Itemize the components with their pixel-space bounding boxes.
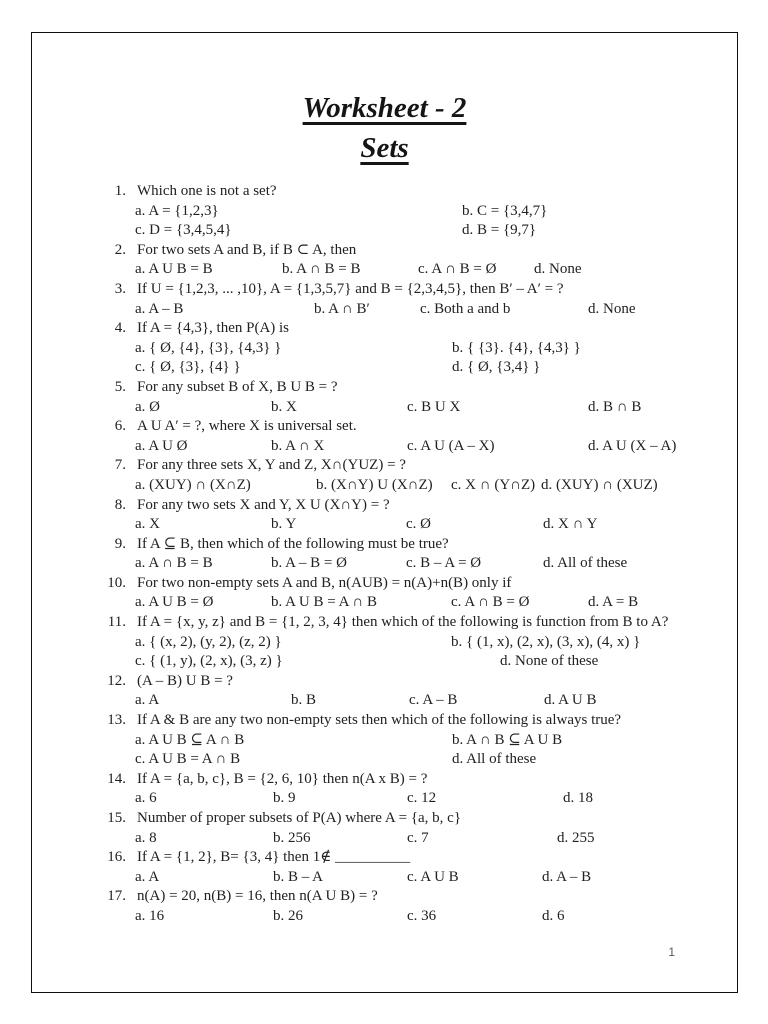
- worksheet-title: Worksheet - 2: [303, 92, 467, 124]
- options-row: a. { (x, 2), (y, 2), (z, 2) }b. { (1, x)…: [110, 633, 737, 653]
- option-c: c. 36: [407, 907, 436, 927]
- options-row: a. (XUY) ∩ (X∩Z)b. (X∩Y) U (X∩Z)c. X ∩ (…: [110, 476, 737, 496]
- question-number: 17.: [105, 887, 126, 907]
- option-a: a. A U Ø: [135, 437, 188, 457]
- option-d: d. A – B: [542, 868, 591, 888]
- question-text: If A = {a, b, c}, B = {2, 6, 10} then n(…: [137, 771, 427, 787]
- question-number: 3.: [105, 280, 126, 300]
- option-a: a. { Ø, {4}, {3}, {4,3} }: [135, 339, 281, 359]
- option-c: c. 7: [407, 829, 429, 849]
- option-b: b. B – A: [273, 868, 323, 888]
- question-16: 16.If A = {1, 2}, B= {3, 4} then 1∉ ____…: [110, 848, 737, 887]
- question-text: If U = {1,2,3, ... ,10}, A = {1,3,5,7} a…: [137, 281, 564, 297]
- question-6: 6.A U A′ = ?, where X is universal set.a…: [110, 417, 737, 456]
- option-c: c. A U B = A ∩ B: [135, 750, 240, 770]
- question-15: 15.Number of proper subsets of P(A) wher…: [110, 809, 737, 848]
- question-line: 3.If U = {1,2,3, ... ,10}, A = {1,3,5,7}…: [110, 280, 737, 300]
- question-number: 10.: [105, 574, 126, 594]
- question-number: 16.: [105, 848, 126, 868]
- option-d: d. All of these: [543, 554, 627, 574]
- question-text: If A & B are any two non-empty sets then…: [137, 712, 621, 728]
- question-text: For two sets A and B, if B ⊂ A, then: [137, 242, 356, 258]
- question-number: 13.: [105, 711, 126, 731]
- question-line: 5.For any subset B of X, B U B = ?: [110, 378, 737, 398]
- question-number: 11.: [105, 613, 126, 633]
- question-11: 11.If A = {x, y, z} and B = {1, 2, 3, 4}…: [110, 613, 737, 672]
- question-14: 14.If A = {a, b, c}, B = {2, 6, 10} then…: [110, 770, 737, 809]
- question-number: 6.: [105, 417, 126, 437]
- question-text: For any two sets X and Y, X U (X∩Y) = ?: [137, 497, 390, 513]
- title-line-2: Sets: [32, 128, 737, 168]
- option-a: a. (XUY) ∩ (X∩Z): [135, 476, 251, 496]
- options-row: a. 6b. 9c. 12d. 18: [110, 789, 737, 809]
- options-row: a. A U B = Øb. A U B = A ∩ Bc. A ∩ B = Ø…: [110, 593, 737, 613]
- question-text: (A – B) U B = ?: [137, 673, 233, 689]
- option-a: a. A U B ⊆ A ∩ B: [135, 731, 244, 751]
- options-row: c. D = {3,4,5,4}d. B = {9,7}: [110, 221, 737, 241]
- option-d: d. None: [588, 300, 636, 320]
- title-block: Worksheet - 2 Sets: [32, 88, 737, 168]
- option-b: b. C = {3,4,7}: [462, 202, 547, 222]
- options-row: a. A U Øb. A ∩ Xc. A U (A – X)d. A U (X …: [110, 437, 737, 457]
- option-c: c. A – B: [409, 691, 457, 711]
- question-text: If A = {x, y, z} and B = {1, 2, 3, 4} th…: [137, 614, 668, 630]
- question-text: For any subset B of X, B U B = ?: [137, 379, 338, 395]
- option-d: d. B ∩ B: [588, 398, 641, 418]
- option-a: a. 16: [135, 907, 164, 927]
- question-line: 16.If A = {1, 2}, B= {3, 4} then 1∉ ____…: [110, 848, 737, 868]
- question-10: 10.For two non-empty sets A and B, n(AUB…: [110, 574, 737, 613]
- question-5: 5.For any subset B of X, B U B = ?a. Øb.…: [110, 378, 737, 417]
- options-row: a. A U B ⊆ A ∩ Bb. A ∩ B ⊆ A U B: [110, 731, 737, 751]
- question-3: 3.If U = {1,2,3, ... ,10}, A = {1,3,5,7}…: [110, 280, 737, 319]
- question-1: 1.Which one is not a set?a. A = {1,2,3}b…: [110, 182, 737, 241]
- option-b: b. Y: [271, 515, 296, 535]
- question-13: 13.If A & B are any two non-empty sets t…: [110, 711, 737, 770]
- options-row: a. 16b. 26c. 36d. 6: [110, 907, 737, 927]
- option-a: a. 6: [135, 789, 157, 809]
- options-row: a. Ab. B – Ac. A U Bd. A – B: [110, 868, 737, 888]
- question-line: 8.For any two sets X and Y, X U (X∩Y) = …: [110, 496, 737, 516]
- options-row: a. A U B = Bb. A ∩ B = Bc. A ∩ B = Ød. N…: [110, 260, 737, 280]
- question-line: 1.Which one is not a set?: [110, 182, 737, 202]
- question-line: 15.Number of proper subsets of P(A) wher…: [110, 809, 737, 829]
- option-c: c. X ∩ (Y∩Z): [451, 476, 535, 496]
- option-b: b. 26: [273, 907, 303, 927]
- question-line: 12.(A – B) U B = ?: [110, 672, 737, 692]
- option-c: c. { Ø, {3}, {4} }: [135, 358, 241, 378]
- option-c: c. Ø: [406, 515, 431, 535]
- question-text: If A = {4,3}, then P(A) is: [137, 320, 289, 336]
- question-number: 12.: [105, 672, 126, 692]
- option-b: b. A ∩ X: [271, 437, 324, 457]
- question-text: For two non-empty sets A and B, n(AUB) =…: [137, 575, 511, 591]
- options-row: c. { Ø, {3}, {4} }d. { Ø, {3,4} }: [110, 358, 737, 378]
- question-line: 14.If A = {a, b, c}, B = {2, 6, 10} then…: [110, 770, 737, 790]
- option-a: a. A U B = Ø: [135, 593, 213, 613]
- option-c: c. A ∩ B = Ø: [418, 260, 496, 280]
- question-12: 12.(A – B) U B = ?a. Ab. Bc. A – Bd. A U…: [110, 672, 737, 711]
- option-d: d. { Ø, {3,4} }: [452, 358, 540, 378]
- question-line: 9.If A ⊆ B, then which of the following …: [110, 535, 737, 555]
- options-row: a. Øb. Xc. B U Xd. B ∩ B: [110, 398, 737, 418]
- option-c: c. B – A = Ø: [406, 554, 481, 574]
- question-text: Which one is not a set?: [137, 183, 277, 199]
- question-number: 4.: [105, 319, 126, 339]
- question-text: If A = {1, 2}, B= {3, 4} then 1∉ _______…: [137, 849, 410, 865]
- options-row: a. Xb. Yc. Ød. X ∩ Y: [110, 515, 737, 535]
- question-text: A U A′ = ?, where X is universal set.: [137, 418, 357, 434]
- option-d: d. None of these: [500, 652, 598, 672]
- option-b: b. A U B = A ∩ B: [271, 593, 377, 613]
- option-b: b. 256: [273, 829, 311, 849]
- question-line: 2.For two sets A and B, if B ⊂ A, then: [110, 241, 737, 261]
- question-number: 15.: [105, 809, 126, 829]
- option-d: d. A U (X – A): [588, 437, 676, 457]
- question-line: 4.If A = {4,3}, then P(A) is: [110, 319, 737, 339]
- option-c: c. B U X: [407, 398, 460, 418]
- option-b: b. A ∩ B = B: [282, 260, 360, 280]
- option-b: b. { {3}. {4}, {4,3} }: [452, 339, 581, 359]
- option-d: d. None: [534, 260, 582, 280]
- option-b: b. (X∩Y) U (X∩Z): [316, 476, 433, 496]
- question-17: 17.n(A) = 20, n(B) = 16, then n(A U B) =…: [110, 887, 737, 926]
- question-number: 14.: [105, 770, 126, 790]
- options-row: c. { (1, y), (2, x), (3, z) }d. None of …: [110, 652, 737, 672]
- option-b: b. { (1, x), (2, x), (3, x), (4, x) }: [451, 633, 640, 653]
- option-b: b. 9: [273, 789, 296, 809]
- question-7: 7.For any three sets X, Y and Z, X∩(YUZ)…: [110, 456, 737, 495]
- question-line: 13.If A & B are any two non-empty sets t…: [110, 711, 737, 731]
- option-b: b. A ∩ B′: [314, 300, 370, 320]
- option-b: b. A – B = Ø: [271, 554, 347, 574]
- option-d: d. 18: [563, 789, 593, 809]
- options-row: a. A = {1,2,3}b. C = {3,4,7}: [110, 202, 737, 222]
- option-c: c. Both a and b: [420, 300, 510, 320]
- option-a: a. A – B: [135, 300, 183, 320]
- question-number: 5.: [105, 378, 126, 398]
- option-c: c. { (1, y), (2, x), (3, z) }: [135, 652, 283, 672]
- option-b: b. X: [271, 398, 297, 418]
- options-row: a. A ∩ B = Bb. A – B = Øc. B – A = Ød. A…: [110, 554, 737, 574]
- question-number: 9.: [105, 535, 126, 555]
- option-a: a. A: [135, 691, 159, 711]
- question-text: For any three sets X, Y and Z, X∩(YUZ) =…: [137, 457, 406, 473]
- question-line: 6.A U A′ = ?, where X is universal set.: [110, 417, 737, 437]
- questions-list: 1.Which one is not a set?a. A = {1,2,3}b…: [110, 182, 737, 927]
- option-c: c. A U B: [407, 868, 459, 888]
- option-c: c. A U (A – X): [407, 437, 495, 457]
- question-number: 1.: [105, 182, 126, 202]
- question-8: 8.For any two sets X and Y, X U (X∩Y) = …: [110, 496, 737, 535]
- option-a: a. A: [135, 868, 159, 888]
- question-line: 17.n(A) = 20, n(B) = 16, then n(A U B) =…: [110, 887, 737, 907]
- question-line: 10.For two non-empty sets A and B, n(AUB…: [110, 574, 737, 594]
- option-c: c. D = {3,4,5,4}: [135, 221, 232, 241]
- option-d: d. 255: [557, 829, 595, 849]
- question-4: 4.If A = {4,3}, then P(A) isa. { Ø, {4},…: [110, 319, 737, 378]
- question-9: 9.If A ⊆ B, then which of the following …: [110, 535, 737, 574]
- option-a: a. { (x, 2), (y, 2), (z, 2) }: [135, 633, 282, 653]
- option-b: b. A ∩ B ⊆ A U B: [452, 731, 562, 751]
- page-number: 1: [668, 945, 675, 959]
- option-a: a. A = {1,2,3}: [135, 202, 219, 222]
- option-c: c. A ∩ B = Ø: [451, 593, 529, 613]
- question-number: 7.: [105, 456, 126, 476]
- option-b: b. B: [291, 691, 316, 711]
- option-d: d. B = {9,7}: [462, 221, 536, 241]
- question-line: 7.For any three sets X, Y and Z, X∩(YUZ)…: [110, 456, 737, 476]
- question-text: Number of proper subsets of P(A) where A…: [137, 810, 461, 826]
- options-row: c. A U B = A ∩ Bd. All of these: [110, 750, 737, 770]
- question-text: If A ⊆ B, then which of the following mu…: [137, 536, 449, 552]
- option-d: d. A = B: [588, 593, 638, 613]
- worksheet-screen: Worksheet - 2 Sets 1.Which one is not a …: [0, 0, 768, 1024]
- option-a: a. 8: [135, 829, 157, 849]
- options-row: a. 8b. 256c. 7d. 255: [110, 829, 737, 849]
- options-row: a. A – Bb. A ∩ B′c. Both a and bd. None: [110, 300, 737, 320]
- question-text: n(A) = 20, n(B) = 16, then n(A U B) = ?: [137, 888, 378, 904]
- question-number: 2.: [105, 241, 126, 261]
- option-d: d. All of these: [452, 750, 536, 770]
- option-d: d. A U B: [544, 691, 597, 711]
- question-number: 8.: [105, 496, 126, 516]
- option-d: d. X ∩ Y: [543, 515, 597, 535]
- question-line: 11.If A = {x, y, z} and B = {1, 2, 3, 4}…: [110, 613, 737, 633]
- options-row: a. { Ø, {4}, {3}, {4,3} }b. { {3}. {4}, …: [110, 339, 737, 359]
- option-d: d. 6: [542, 907, 565, 927]
- option-d: d. (XUY) ∩ (XUZ): [541, 476, 658, 496]
- option-a: a. A U B = B: [135, 260, 213, 280]
- title-line-1: Worksheet - 2: [32, 88, 737, 128]
- option-c: c. 12: [407, 789, 436, 809]
- option-a: a. Ø: [135, 398, 160, 418]
- option-a: a. X: [135, 515, 160, 535]
- document-page: Worksheet - 2 Sets 1.Which one is not a …: [31, 32, 738, 993]
- options-row: a. Ab. Bc. A – Bd. A U B: [110, 691, 737, 711]
- worksheet-subtitle: Sets: [360, 132, 408, 164]
- question-2: 2.For two sets A and B, if B ⊂ A, thena.…: [110, 241, 737, 280]
- option-a: a. A ∩ B = B: [135, 554, 213, 574]
